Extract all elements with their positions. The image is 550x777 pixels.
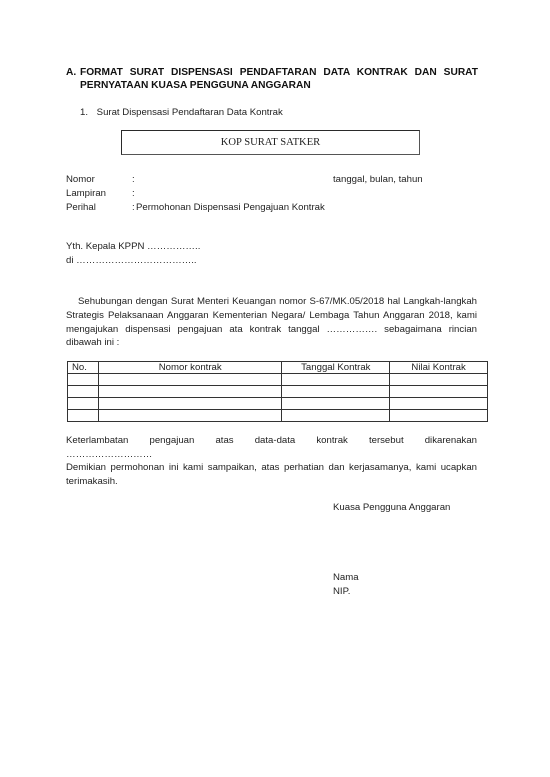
table-cell — [68, 374, 99, 386]
table-cell — [98, 410, 281, 422]
section-title-line-2: PERNYATAAN KUASA PENGGUNA ANGGARAN — [80, 80, 311, 91]
delay-line-2: ……………………… — [66, 449, 152, 460]
subsection-heading: 1. Surat Dispensasi Pendaftaran Data Kon… — [80, 107, 283, 118]
table-cell — [98, 386, 281, 398]
addressee-line-2: di ……………………………….. — [66, 254, 200, 268]
meta-key: Lampiran — [66, 187, 106, 201]
meta-value: Permohonan Dispensasi Pengajuan Kontrak — [136, 201, 325, 215]
table-cell — [390, 398, 488, 410]
table-cell — [68, 398, 99, 410]
table-cell — [390, 374, 488, 386]
section-title-line-1: FORMAT SURAT DISPENSASI PENDAFTARAN DATA… — [80, 66, 478, 79]
delay-paragraph: Keterlambatan pengajuan atas data-data k… — [66, 434, 477, 462]
meta-sep: : — [132, 201, 135, 215]
addressee-line-1: Yth. Kepala KPPN …………….. — [66, 240, 200, 254]
meta-key: Nomor — [66, 173, 95, 187]
table-cell — [282, 386, 390, 398]
table-cell — [98, 374, 281, 386]
table-cell — [282, 374, 390, 386]
table-row — [68, 374, 488, 386]
signatory-block: Nama NIP. — [333, 571, 359, 598]
meta-key: Perihal — [66, 201, 96, 215]
subsection-number: 1. — [80, 107, 94, 118]
table-row — [68, 398, 488, 410]
section-label: A. — [66, 66, 76, 79]
signatory-title: Kuasa Pengguna Anggaran — [333, 502, 450, 513]
signatory-name-label: Nama — [333, 571, 359, 585]
date-placeholder: tanggal, bulan, tahun — [333, 173, 423, 187]
table-cell — [68, 410, 99, 422]
header-no: No. — [68, 362, 99, 374]
subsection-title: Surat Dispensasi Pendaftaran Data Kontra… — [97, 107, 283, 118]
meta-sep: : — [132, 173, 135, 187]
signatory-nip-label: NIP. — [333, 585, 359, 599]
table-row — [68, 410, 488, 422]
header-tanggal-kontrak: Tanggal Kontrak — [282, 362, 390, 374]
table-header-row: No. Nomor kontrak Tanggal Kontrak Nilai … — [68, 362, 488, 374]
closing-paragraph: Demikian permohonan ini kami sampaikan, … — [66, 461, 477, 489]
table-cell — [390, 410, 488, 422]
header-nilai-kontrak: Nilai Kontrak — [390, 362, 488, 374]
table-cell — [390, 386, 488, 398]
letterhead-box: KOP SURAT SATKER — [121, 130, 420, 155]
table-cell — [98, 398, 281, 410]
table-cell — [68, 386, 99, 398]
delay-line-1: Keterlambatan pengajuan atas data-data k… — [66, 434, 477, 448]
body-paragraph: Sehubungan dengan Surat Menteri Keuangan… — [66, 295, 477, 350]
contract-table: No. Nomor kontrak Tanggal Kontrak Nilai … — [67, 361, 488, 422]
table-row — [68, 386, 488, 398]
table-cell — [282, 398, 390, 410]
section-heading: A. FORMAT SURAT DISPENSASI PENDAFTARAN D… — [66, 66, 478, 92]
table-cell — [282, 410, 390, 422]
header-nomor-kontrak: Nomor kontrak — [98, 362, 281, 374]
addressee: Yth. Kepala KPPN …………….. di ………………………………… — [66, 240, 200, 268]
meta-sep: : — [132, 187, 135, 201]
